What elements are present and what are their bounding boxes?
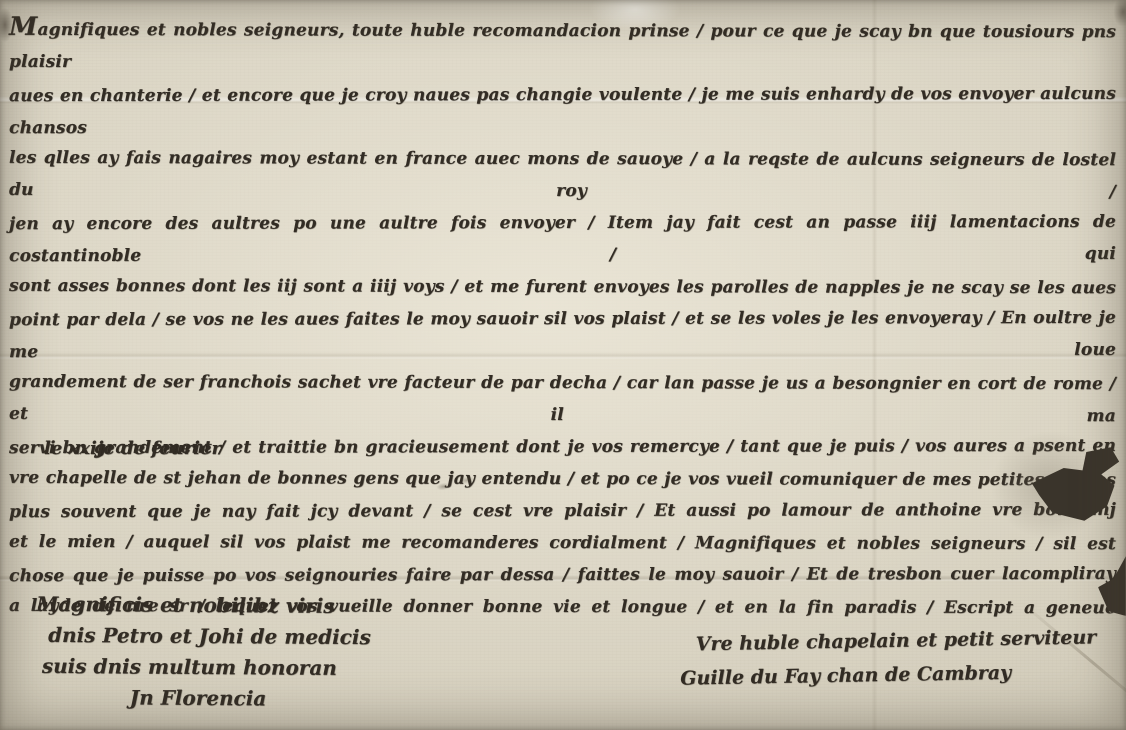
letter-line: sont asses bonnes dont les iij sont a ii… xyxy=(9,270,1116,304)
letter-line: aues en chanterie / et encore que je cro… xyxy=(9,78,1116,144)
address-line: Magnificis et nobilibz viris xyxy=(26,589,386,623)
address-line: suis dnis multum honoran xyxy=(26,651,386,685)
address-line: dnis Petro et Johi de medicis xyxy=(26,620,386,654)
letter-line: plus souvent que je nay fait jcy devant … xyxy=(9,494,1116,528)
letter-line: chose que je puisse po vos seignouries f… xyxy=(9,558,1116,592)
letter-dateline: le xxije de feurier xyxy=(44,438,221,459)
signature-line: Guille du Fay chan de Cambray xyxy=(672,654,1103,695)
letter-line: point par dela / se vos ne les aues fait… xyxy=(9,302,1116,368)
letter-body: Magnifiques et nobles seigneurs, toute h… xyxy=(9,12,1116,623)
letter-line: grandement de ser franchois sachet vre f… xyxy=(9,366,1116,432)
letter-line: vre chapelle de st jehan de bonnes gens … xyxy=(9,462,1116,496)
manuscript-photo: Magnifiques et nobles seigneurs, toute h… xyxy=(0,0,1126,730)
letter-line: et le mien / auquel sil vos plaist me re… xyxy=(9,526,1116,560)
letter-line: Magnifiques et nobles seigneurs, toute h… xyxy=(9,11,1116,80)
signature-block: Vre huble chapelain et petit serviteur G… xyxy=(671,620,1102,695)
address-line: Jn Florencia xyxy=(26,682,386,716)
letter-line: jen ay encore des aultres po une aultre … xyxy=(9,206,1116,272)
address-block: Magnificis et nobilibz viris dnis Petro … xyxy=(26,589,387,716)
letter-line: les qlles ay fais nagaires moy estant en… xyxy=(9,142,1116,208)
